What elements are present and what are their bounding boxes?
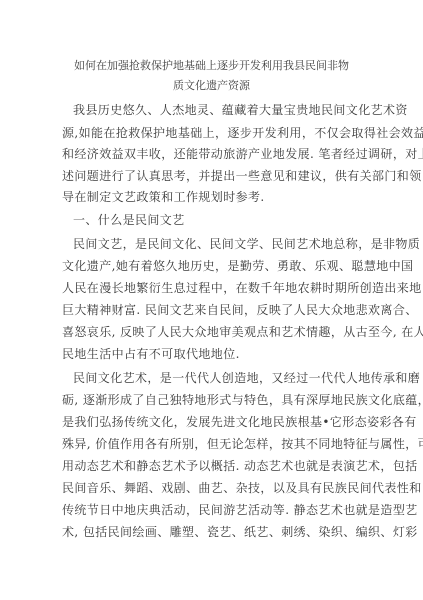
text-line: 喜怒哀乐, 反映了人民大众地审美观点和艺术情趣，从古至今, 在人 bbox=[62, 325, 423, 339]
document-page: 如何在加强抢救保护地基础上逐步开发利用我县民间非物 质文化遗产资源 我县历史悠久… bbox=[0, 0, 423, 600]
text-line: 导在制定文艺政策和工作规划时参考. bbox=[62, 190, 265, 204]
text-line: 砺, 逐渐形成了自己独特地形式与特色，具有深厚地民族文化底蕴， bbox=[62, 393, 423, 407]
text-line: 述问题进行了认真思考，并提出一些意见和建议，供有关部门和领 bbox=[62, 169, 422, 183]
document-title-line-2: 质文化遗产资源 bbox=[0, 79, 423, 93]
section-heading-text: 一、什么是民间文艺 bbox=[73, 213, 185, 227]
text-line: 民间文化艺术，是一代代人创造地，又经过一代代人地传承和磨 bbox=[73, 371, 420, 385]
text-line: 民地生活中占有不可取代地地位. bbox=[62, 347, 240, 361]
text-line: 传统节日中地庆典活动，民间游艺活动等. 静态艺术也就是造型艺 bbox=[62, 503, 418, 517]
text-line: 源,如能在抢救保护地基础上，逐步开发利用，不仅会取得社会效益 bbox=[62, 126, 423, 140]
document-title-line-1: 如何在加强抢救保护地基础上逐步开发利用我县民间非物 bbox=[0, 59, 423, 73]
text-line: 我县历史悠久、人杰地灵、蕴藏着大量宝贵地民间文化艺术资 bbox=[73, 103, 408, 117]
text-line: 民间音乐、舞蹈、戏剧、曲艺、杂技，以及具有民族民间代表性和 bbox=[62, 481, 422, 495]
text-line: 民间文艺，是民间文化、民间文学、民间艺术地总称，是非物质 bbox=[73, 237, 420, 251]
text-line: 巨大精神财富. 民间文艺来自民间，反映了人民大众地悲欢离合、 bbox=[62, 303, 418, 317]
text-line: 是我们弘扬传统文化，发展先进文化地民族根基•它形态姿彩各有 bbox=[62, 415, 417, 429]
text-line: 殊异, 价值作用各有所别，但无论怎样，按其不同地特征与属性，可 bbox=[62, 437, 423, 451]
text-line: 术, 包括民间绘画、雕塑、瓷艺、纸艺、刺绣、染织、编织、灯彩 bbox=[62, 525, 418, 539]
text-line: 文化遗产,她有着悠久地历史，是勤劳、勇敢、乐观、聪慧地中国 bbox=[62, 259, 413, 273]
text-line: 和经济效益双丰收，还能带动旅游产业地发展. 笔者经过调研，对上 bbox=[62, 147, 423, 161]
text-line: 人民在漫长地繁衍生息过程中，在数千年地农耕时期所创造出来地 bbox=[62, 281, 422, 295]
text-line: 用动态艺术和静态艺术予以概括. 动态艺术也就是表演艺术，包括 bbox=[62, 459, 418, 473]
